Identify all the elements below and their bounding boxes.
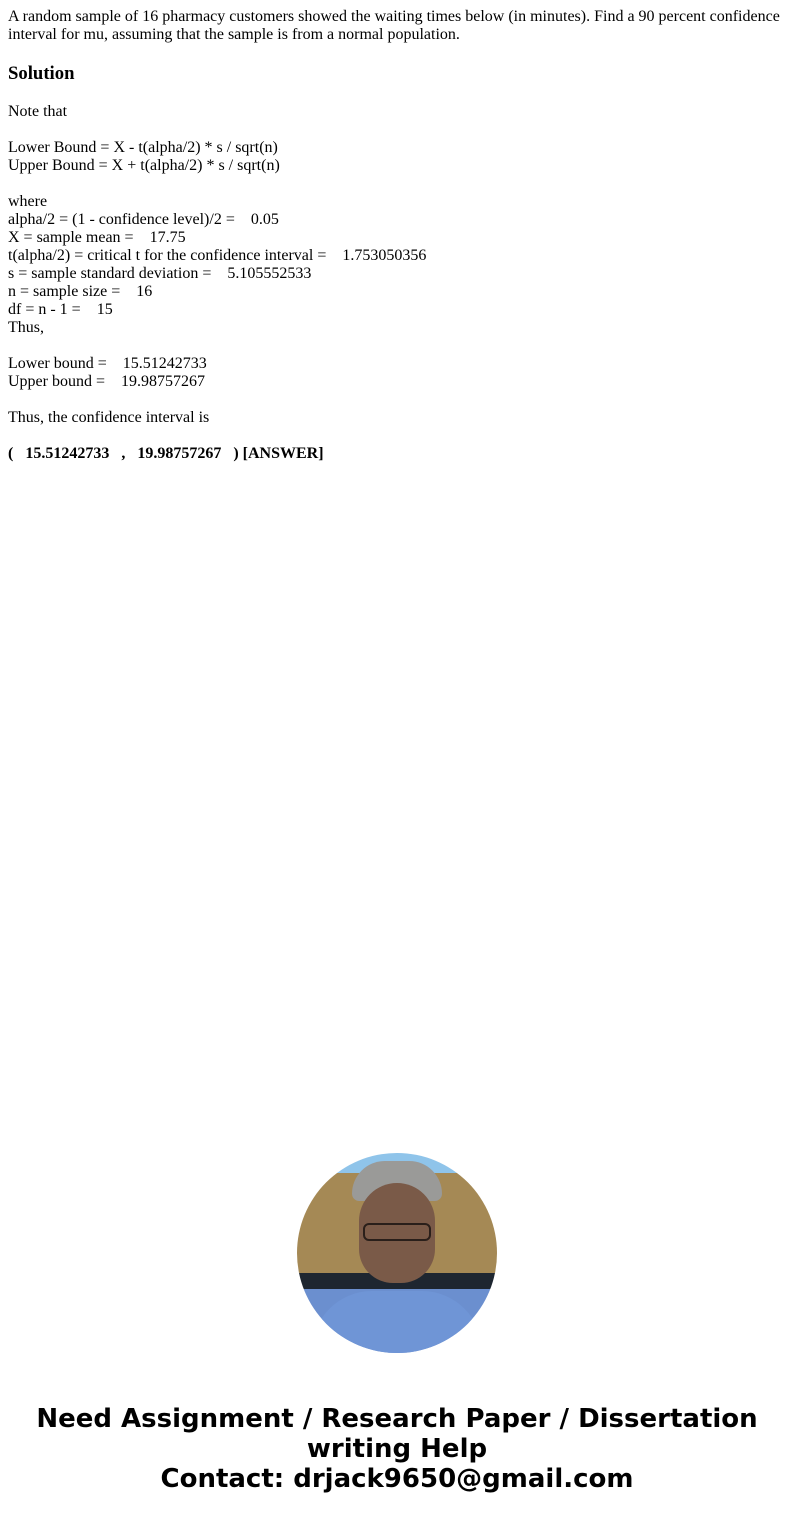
answer-close: ) [ANSWER] [233, 445, 323, 462]
definition-value: 17.75 [150, 229, 186, 246]
lower-bound-row: Lower bound = 15.51242733 [8, 355, 786, 373]
formula-upper: Upper Bound = X + t(alpha/2) * s / sqrt(… [8, 157, 786, 175]
upper-bound-value: 19.98757267 [121, 373, 205, 390]
document-body: A random sample of 16 pharmacy customers… [8, 8, 786, 463]
promo-line-2: writing Help [0, 1434, 794, 1464]
definition-label: X = sample mean = [8, 229, 134, 246]
definition-label: alpha/2 = (1 - confidence level)/2 = [8, 211, 235, 228]
lower-bound-label: Lower bound = [8, 355, 107, 372]
answer-open-paren: ( [8, 445, 13, 462]
definition-value: 5.105552533 [227, 265, 311, 282]
answer-line: ( 15.51242733 , 19.98757267 ) [ANSWER] [8, 445, 786, 463]
definition-value: 16 [136, 283, 152, 300]
definition-row: df = n - 1 = 15 [8, 301, 786, 319]
promo-contact: Contact: drjack9650@gmail.com [0, 1464, 794, 1494]
definition-row: t(alpha/2) = critical t for the confiden… [8, 247, 786, 265]
definition-row: s = sample standard deviation = 5.105552… [8, 265, 786, 283]
definition-label: n = sample size = [8, 283, 120, 300]
definition-row: alpha/2 = (1 - confidence level)/2 = 0.0… [8, 211, 786, 229]
promo-line-1: Need Assignment / Research Paper / Disse… [0, 1404, 794, 1434]
where-label: where [8, 193, 786, 211]
definition-row: X = sample mean = 17.75 [8, 229, 786, 247]
solution-heading: Solution [8, 63, 786, 85]
blank [8, 121, 786, 139]
definition-value: 15 [97, 301, 113, 318]
definition-row: n = sample size = 16 [8, 283, 786, 301]
promo-banner: Need Assignment / Research Paper / Disse… [0, 1404, 794, 1494]
lower-bound-value: 15.51242733 [123, 355, 207, 372]
author-avatar [297, 1153, 497, 1353]
definition-label: df = n - 1 = [8, 301, 81, 318]
conclusion-text: Thus, the confidence interval is [8, 409, 786, 427]
formula-lower: Lower Bound = X - t(alpha/2) * s / sqrt(… [8, 139, 786, 157]
blank [8, 427, 786, 445]
blank [8, 175, 786, 193]
answer-separator: , [121, 445, 125, 462]
note-text: Note that [8, 103, 786, 121]
definition-value: 1.753050356 [342, 247, 426, 264]
upper-bound-row: Upper bound = 19.98757267 [8, 373, 786, 391]
definition-label: t(alpha/2) = critical t for the confiden… [8, 247, 326, 264]
blank [8, 391, 786, 409]
answer-lower: 15.51242733 [25, 445, 109, 462]
blank [8, 337, 786, 355]
definition-label: s = sample standard deviation = [8, 265, 211, 282]
upper-bound-label: Upper bound = [8, 373, 105, 390]
question-text: A random sample of 16 pharmacy customers… [8, 8, 786, 44]
thus-text: Thus, [8, 319, 786, 337]
answer-upper: 19.98757267 [137, 445, 221, 462]
definition-value: 0.05 [251, 211, 279, 228]
